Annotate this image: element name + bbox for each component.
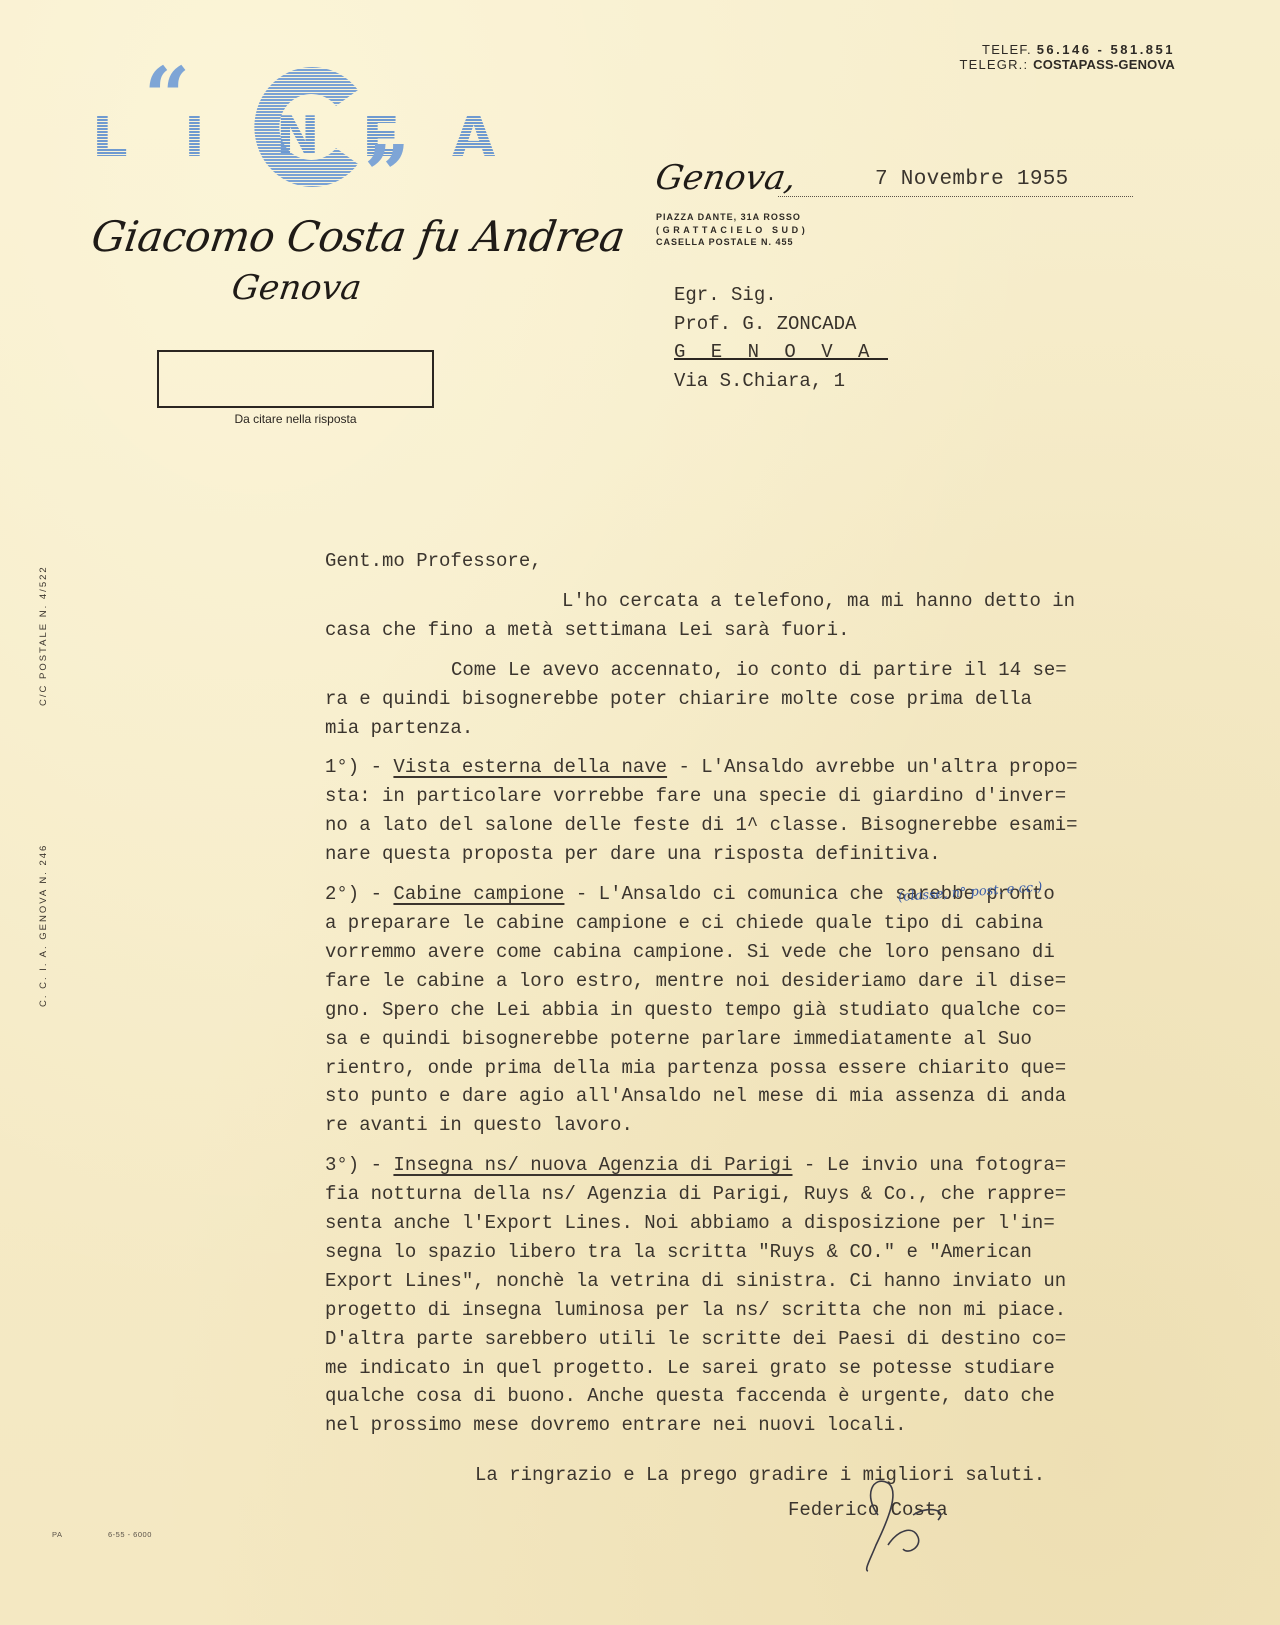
recipient-street: Via S.Chiara, 1 bbox=[674, 367, 876, 396]
item2-line: re avanti in questo lavoro. bbox=[325, 1111, 1155, 1140]
para2-line: mia partenza. bbox=[325, 714, 1155, 743]
item2-line: vorremmo avere come cabina campione. Si … bbox=[325, 938, 1155, 967]
telegraph-line: TELEGR.: COSTAPASS-GENOVA bbox=[959, 57, 1175, 72]
linea-c-logo: “ L I N E A ” bbox=[92, 58, 522, 208]
telephone-label: TELEF. bbox=[982, 42, 1032, 57]
contact-info: TELEF. 56.146 - 581.851 TELEGR.: COSTAPA… bbox=[959, 42, 1175, 72]
item2-line: gno. Spero che Lei abbia in questo tempo… bbox=[325, 996, 1155, 1025]
item1-first-line: 1°) - Vista esterna della nave - L'Ansal… bbox=[325, 753, 1155, 782]
item3-line: Export Lines", nonchè la vetrina di sini… bbox=[325, 1267, 1155, 1296]
item1-line: no a lato del salone delle feste di 1^ c… bbox=[325, 811, 1155, 840]
reference-box-label: Da citare nella risposta bbox=[157, 412, 434, 426]
telegraph-value: COSTAPASS-GENOVA bbox=[1033, 57, 1175, 72]
item3-line: D'altra parte sarebbero utili le scritte… bbox=[325, 1325, 1155, 1354]
company-city: Genova bbox=[229, 268, 364, 308]
item1-line: sta: in particolare vorrebbe fare una sp… bbox=[325, 782, 1155, 811]
item2-number: 2°) - bbox=[325, 883, 382, 905]
logo-letter-a: A bbox=[452, 110, 495, 166]
item3-line: progetto di insegna luminosa per la ns/ … bbox=[325, 1296, 1155, 1325]
item2-line: rientro, onde prima della mia partenza p… bbox=[325, 1054, 1155, 1083]
place-script: Genova, bbox=[652, 158, 799, 198]
item3-number: 3°) - bbox=[325, 1154, 382, 1176]
print-code: PA bbox=[52, 1530, 62, 1539]
address-line: (GRATTACIELO SUD) bbox=[656, 224, 808, 237]
telephone-line: TELEF. 56.146 - 581.851 bbox=[959, 42, 1175, 57]
item3-first-line: 3°) - Insegna ns/ nuova Agenzia di Parig… bbox=[325, 1151, 1155, 1180]
address-line: CASELLA POSTALE N. 455 bbox=[656, 236, 808, 249]
item2-line: fare le cabine a loro estro, mentre noi … bbox=[325, 967, 1155, 996]
company-address: PIAZZA DANTE, 31A ROSSO (GRATTACIELO SUD… bbox=[656, 211, 808, 249]
item3-line: segna lo spazio libero tra la scritta "R… bbox=[325, 1238, 1155, 1267]
item3-first-line-rest: - Le invio una fotogra= bbox=[804, 1154, 1066, 1176]
item2-line: sa e quindi bisognerebbe poterne parlare… bbox=[325, 1025, 1155, 1054]
letter-body: Gent.mo Professore, L'ho cercata a telef… bbox=[325, 547, 1155, 1490]
logo-letter-l: L bbox=[92, 110, 128, 166]
item2-line: sto punto e dare agio all'Ansaldo nel me… bbox=[325, 1082, 1155, 1111]
recipient-underline bbox=[674, 358, 888, 360]
company-name: Giacomo Costa fu Andrea bbox=[89, 212, 628, 261]
item3-line: me indicato in quel progetto. Le sarei g… bbox=[325, 1354, 1155, 1383]
para1-line: L'ho cercata a telefono, ma mi hanno det… bbox=[325, 587, 1155, 616]
item3-line: fia notturna della ns/ Agenzia di Parigi… bbox=[325, 1180, 1155, 1209]
print-run-code: 6-55 - 6000 bbox=[108, 1530, 152, 1539]
item2-line: a preparare le cabine campione e ci chie… bbox=[325, 909, 1155, 938]
reference-box bbox=[157, 350, 434, 408]
chamber-commerce-side-text: C. C. I. A. GENOVA N. 246 bbox=[38, 844, 49, 1007]
recipient-name: Prof. G. ZONCADA bbox=[674, 310, 876, 339]
para1-line: casa che fino a metà settimana Lei sarà … bbox=[325, 616, 1155, 645]
letter-date: 7 Novembre 1955 bbox=[875, 168, 1069, 191]
item1-line: nare questa proposta per dare una rispos… bbox=[325, 840, 1155, 869]
item3-heading: Insegna ns/ nuova Agenzia di Parigi bbox=[393, 1154, 792, 1176]
address-line: PIAZZA DANTE, 31A ROSSO bbox=[656, 211, 808, 224]
item3-line: nel prossimo mese dovremo entrare nei nu… bbox=[325, 1411, 1155, 1440]
item3-line: qualche cosa di buono. Anche questa facc… bbox=[325, 1382, 1155, 1411]
salutation: Gent.mo Professore, bbox=[325, 547, 1155, 576]
postal-account-side-text: C/C POSTALE N. 4/522 bbox=[38, 565, 49, 706]
recipient-title: Egr. Sig. bbox=[674, 281, 876, 310]
item1-heading: Vista esterna della nave bbox=[393, 756, 667, 778]
item3-line: senta anche l'Export Lines. Noi abbiamo … bbox=[325, 1209, 1155, 1238]
logo-letter-n: N bbox=[276, 110, 320, 162]
telegraph-label: TELEGR.: bbox=[959, 57, 1028, 72]
logo-letter-i: I bbox=[184, 110, 205, 166]
item1-first-line-rest: - L'Ansaldo avrebbe un'altra propo= bbox=[678, 756, 1077, 778]
closing-line: La ringrazio e La prego gradire i miglio… bbox=[325, 1461, 1155, 1490]
para2-line: Come Le avevo accennato, io conto di par… bbox=[325, 656, 1155, 685]
item2-heading: Cabine campione bbox=[393, 883, 564, 905]
recipient-city: G E N O V A bbox=[674, 338, 876, 367]
date-dotted-line bbox=[778, 196, 1133, 197]
item1-number: 1°) - bbox=[325, 756, 382, 778]
handwritten-signature bbox=[858, 1475, 968, 1575]
telephone-numbers: 56.146 - 581.851 bbox=[1037, 42, 1175, 57]
close-quote-mark: ” bbox=[364, 134, 410, 214]
recipient-block: Egr. Sig. Prof. G. ZONCADA G E N O V A V… bbox=[674, 281, 876, 395]
para2-line: ra e quindi bisognerebbe poter chiarire … bbox=[325, 685, 1155, 714]
